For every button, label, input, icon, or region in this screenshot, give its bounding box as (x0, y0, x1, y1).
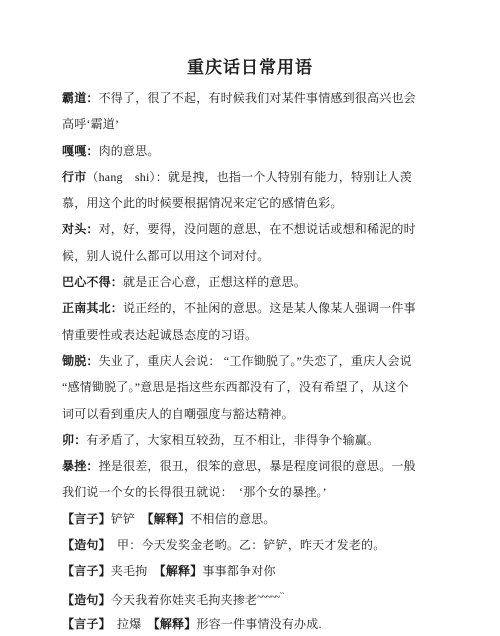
text-segment: 说正经的，不扯闲的意思。这是某人像某人强调一件事 (123, 301, 416, 315)
text-line: 对头：对，好，要得，没问题的意思，在不想说话或想和稀泥的时 (62, 216, 460, 242)
text-segment: ~~~~~`` (257, 592, 284, 603)
text-segment: 我们说一个女的长得很丑就说： ‘那个女的暴挫。’ (62, 485, 327, 499)
text-segment: 情重要性或表达起诚恳态度的习语。 (62, 328, 257, 342)
text-line: 行市（hang shi）：就是拽，也指一个人特别有能力，特别让人羡 (62, 164, 460, 190)
term-label: 【解释】 (147, 512, 190, 526)
term-label: 对头： (62, 222, 99, 236)
text-line: 卯：有矛盾了，大家相互较劲，互不相让，非得争个输赢。 (62, 427, 460, 453)
text-segment: 有矛盾了，大家相互较劲，互不相让，非得争个输赢。 (86, 433, 379, 447)
text-segment: 夹毛拘 (111, 564, 160, 578)
term-label: 【解释】 (160, 564, 203, 578)
text-line: 正南其北：说正经的，不扯闲的意思。这是某人像某人强调一件事 (62, 295, 460, 321)
term-label: 嘎嘎： (62, 144, 99, 158)
text-line: 锄脱：失业了，重庆人会说： “工作锄脱了。”失恋了，重庆人会说 (62, 348, 460, 374)
text-segment: 失业了，重庆人会说： “工作锄脱了。”失恋了，重庆人会说 (99, 354, 412, 368)
text-line: 情重要性或表达起诚恳态度的习语。 (62, 322, 460, 348)
text-segment: “感情锄脱了。”意思是指这些东西都没有了，没有希望了，从这个 (62, 380, 409, 394)
term-label: 【言子】 (62, 564, 111, 578)
term-label: 巴心不得： (62, 275, 123, 289)
text-segment: 拉爆 (105, 617, 154, 631)
term-label: 卯： (62, 433, 86, 447)
text-segment: 铲铲 (111, 512, 148, 526)
text-segment: 不得了，很了不起，有时候我们对某件事情感到很高兴也会 (99, 91, 416, 105)
text-line: 嘎嘎：肉的意思。 (62, 138, 460, 164)
text-line: 慕，用这个此的时候要根据情况来定它的感情色彩。 (62, 190, 460, 216)
term-label: 正南其北： (62, 301, 123, 315)
text-segment: 今天我着你娃夹毛拘夹掺老 (111, 593, 257, 607)
term-label: 【造句】 (62, 538, 105, 552)
text-line: 【造句】今天我着你娃夹毛拘夹掺老~~~~~`` (62, 585, 460, 611)
text-segment: 形容一件事情没有办成. (196, 617, 321, 631)
document-page: 重庆话日常用语 霸道：不得了，很了不起，有时候我们对某件事情感到很高兴也会高呼‘… (0, 0, 500, 636)
term-label: 【造句】 (62, 593, 111, 607)
text-line: 词可以看到重庆人的自嘲强度与豁达精神。 (62, 401, 460, 427)
term-label: 【言子】 (62, 617, 105, 631)
text-segment: 高呼‘霸道’ (62, 117, 119, 131)
page-title: 重庆话日常用语 (0, 0, 500, 80)
text-segment: （hang shi）：就是拽，也指一个人特别有能力，特别让人羡 (86, 170, 412, 184)
term-label: 【解释】 (154, 617, 197, 631)
text-segment: 挫是很差，很丑，很笨的意思，暴是程度词很的意思。一般 (99, 459, 416, 473)
term-label: 行市 (62, 170, 86, 184)
text-segment: 就是正合心意，正想这样的意思。 (123, 275, 306, 289)
text-segment: 词可以看到重庆人的自嘲强度与豁达精神。 (62, 407, 294, 421)
text-segment: 不相信的意思。 (190, 512, 275, 526)
term-label: 暴挫： (62, 459, 99, 473)
text-line: 暴挫：挫是很差，很丑，很笨的意思，暴是程度词很的意思。一般 (62, 453, 460, 479)
text-line: 霸道：不得了，很了不起，有时候我们对某件事情感到很高兴也会 (62, 85, 460, 111)
document-body: 霸道：不得了，很了不起，有时候我们对某件事情感到很高兴也会高呼‘霸道’嘎嘎：肉的… (0, 85, 500, 636)
text-segment: 对，好，要得，没问题的意思，在不想说话或想和稀泥的时 (99, 222, 416, 236)
text-line: 【造句】 甲：今天发奖金老哟。乙：铲铲，昨天才发老的。 (62, 532, 460, 558)
text-segment: 事事都争对你 (202, 564, 275, 578)
text-segment: 甲：今天发奖金老哟。乙：铲铲，昨天才发老的。 (105, 538, 386, 552)
text-segment: 肉的意思。 (99, 144, 160, 158)
text-line: 巴心不得：就是正合心意，正想这样的意思。 (62, 269, 460, 295)
text-line: 高呼‘霸道’ (62, 111, 460, 137)
text-line: 【言子】铲铲 【解释】不相信的意思。 (62, 506, 460, 532)
text-line: 候，别人说什么都可以用这个词对付。 (62, 243, 460, 269)
text-line: 【言子】夹毛拘 【解释】事事都争对你 (62, 558, 460, 584)
text-segment: 候，别人说什么都可以用这个词对付。 (62, 249, 269, 263)
text-line: “感情锄脱了。”意思是指这些东西都没有了，没有希望了，从这个 (62, 374, 460, 400)
term-label: 锄脱： (62, 354, 99, 368)
text-line: 【言子】 拉爆 【解释】形容一件事情没有办成. (62, 611, 460, 636)
term-label: 【言子】 (62, 512, 111, 526)
term-label: 霸道： (62, 91, 99, 105)
text-line: 我们说一个女的长得很丑就说： ‘那个女的暴挫。’ (62, 479, 460, 505)
text-segment: 慕，用这个此的时候要根据情况来定它的感情色彩。 (62, 196, 343, 210)
